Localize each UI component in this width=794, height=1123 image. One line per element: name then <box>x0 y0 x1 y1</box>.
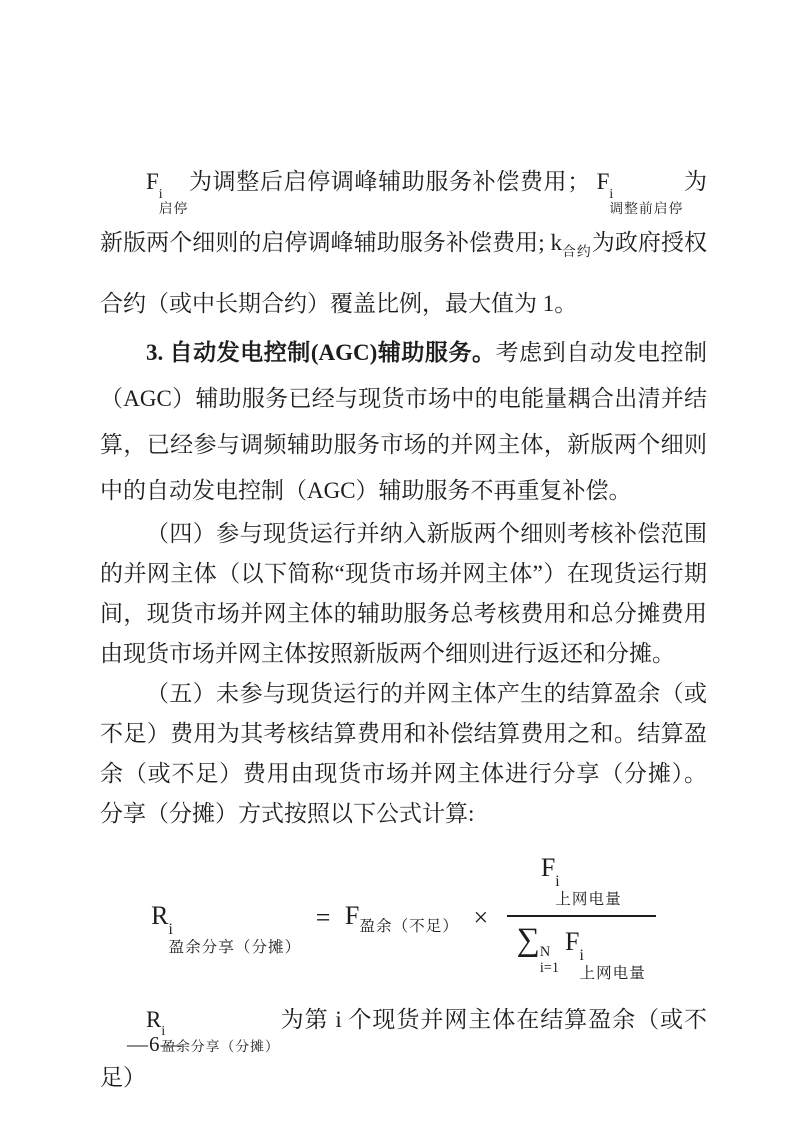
superscript: i <box>555 873 560 891</box>
document-body: Fi启停为调整后启停调峰辅助服务补偿费用； Fi调整前启停为新版两个细则的启停调… <box>100 156 707 1101</box>
math-R-yingyu-fenxiang-inline: Ri盈余分享（分摊） <box>146 1007 280 1032</box>
math-F-yingyu-buzu: F盈余（不足） <box>345 901 459 930</box>
subscript: 盈余分享（分摊） <box>168 939 301 957</box>
sum-upper-limit: N <box>540 945 550 961</box>
math-k-heyue: k合约 <box>550 230 591 255</box>
math-F-shangwang-dianliang-sum: Fi上网电量 <box>565 927 646 956</box>
paragraph-item-5: （五）未参与现货运行的并网主体产生的结算盈余（或不足）费用为其考核结算费用和补偿… <box>100 674 707 834</box>
paragraph-agc: 3. 自动发电控制(AGC)辅助服务。考虑到自动发电控制（AGC）辅助服务已经与… <box>100 330 707 514</box>
subscript: 上网电量 <box>579 965 645 983</box>
subscript: 调整前启停 <box>609 201 683 217</box>
page-number: —6— <box>127 1032 183 1057</box>
superscript: i <box>168 921 173 939</box>
document-page: Fi启停为调整后启停调峰辅助服务补偿费用； Fi调整前启停为新版两个细则的启停调… <box>0 0 794 1123</box>
fraction-denominator: ∑Ni=1Fi上网电量 <box>507 915 656 983</box>
summation: ∑Ni=1 <box>517 927 559 956</box>
fraction-numerator: Fi上网电量 <box>531 854 632 915</box>
multiply-sign: × <box>473 904 488 933</box>
math-F-shangwang-dianliang: Fi上网电量 <box>541 853 622 882</box>
paragraph-startstop-definitions: Fi启停为调整后启停调峰辅助服务补偿费用； Fi调整前启停为新版两个细则的启停调… <box>100 156 707 330</box>
superscript: i <box>609 186 614 202</box>
fraction: Fi上网电量 ∑Ni=1Fi上网电量 <box>507 854 656 982</box>
surplus-sharing-formula: Ri盈余分享（分摊） = F盈余（不足） × Fi上网电量 ∑Ni=1Fi上网电… <box>100 854 707 982</box>
sigma-symbol: ∑ <box>517 922 540 958</box>
text-run: 为调整后启停调峰辅助服务补偿费用； <box>188 169 590 194</box>
paragraph-item-4: （四）参与现货运行并纳入新版两个细则考核补偿范围的并网主体（以下简称“现货市场并… <box>100 514 707 674</box>
agc-heading: 3. 自动发电控制(AGC)辅助服务。 <box>146 340 496 365</box>
subscript: 盈余（不足） <box>359 918 459 935</box>
math-R-yingyu-fenxiang: Ri盈余分享（分摊） <box>151 901 301 930</box>
math-F-qiting: Fi启停 <box>146 169 188 194</box>
sum-lower-limit: i=1 <box>540 961 559 977</box>
subscript: 启停 <box>159 201 189 217</box>
equals-sign: = <box>316 904 331 933</box>
superscript: i <box>579 947 584 965</box>
math-F-tiaozheng-qian-qiting: Fi调整前启停 <box>597 169 684 194</box>
superscript: i <box>159 186 164 202</box>
paragraph-R-definition: Ri盈余分享（分摊）为第 i 个现货并网主体在结算盈余（或不足） <box>100 997 707 1101</box>
subscript: 上网电量 <box>555 891 621 909</box>
subscript: 合约 <box>562 244 592 259</box>
